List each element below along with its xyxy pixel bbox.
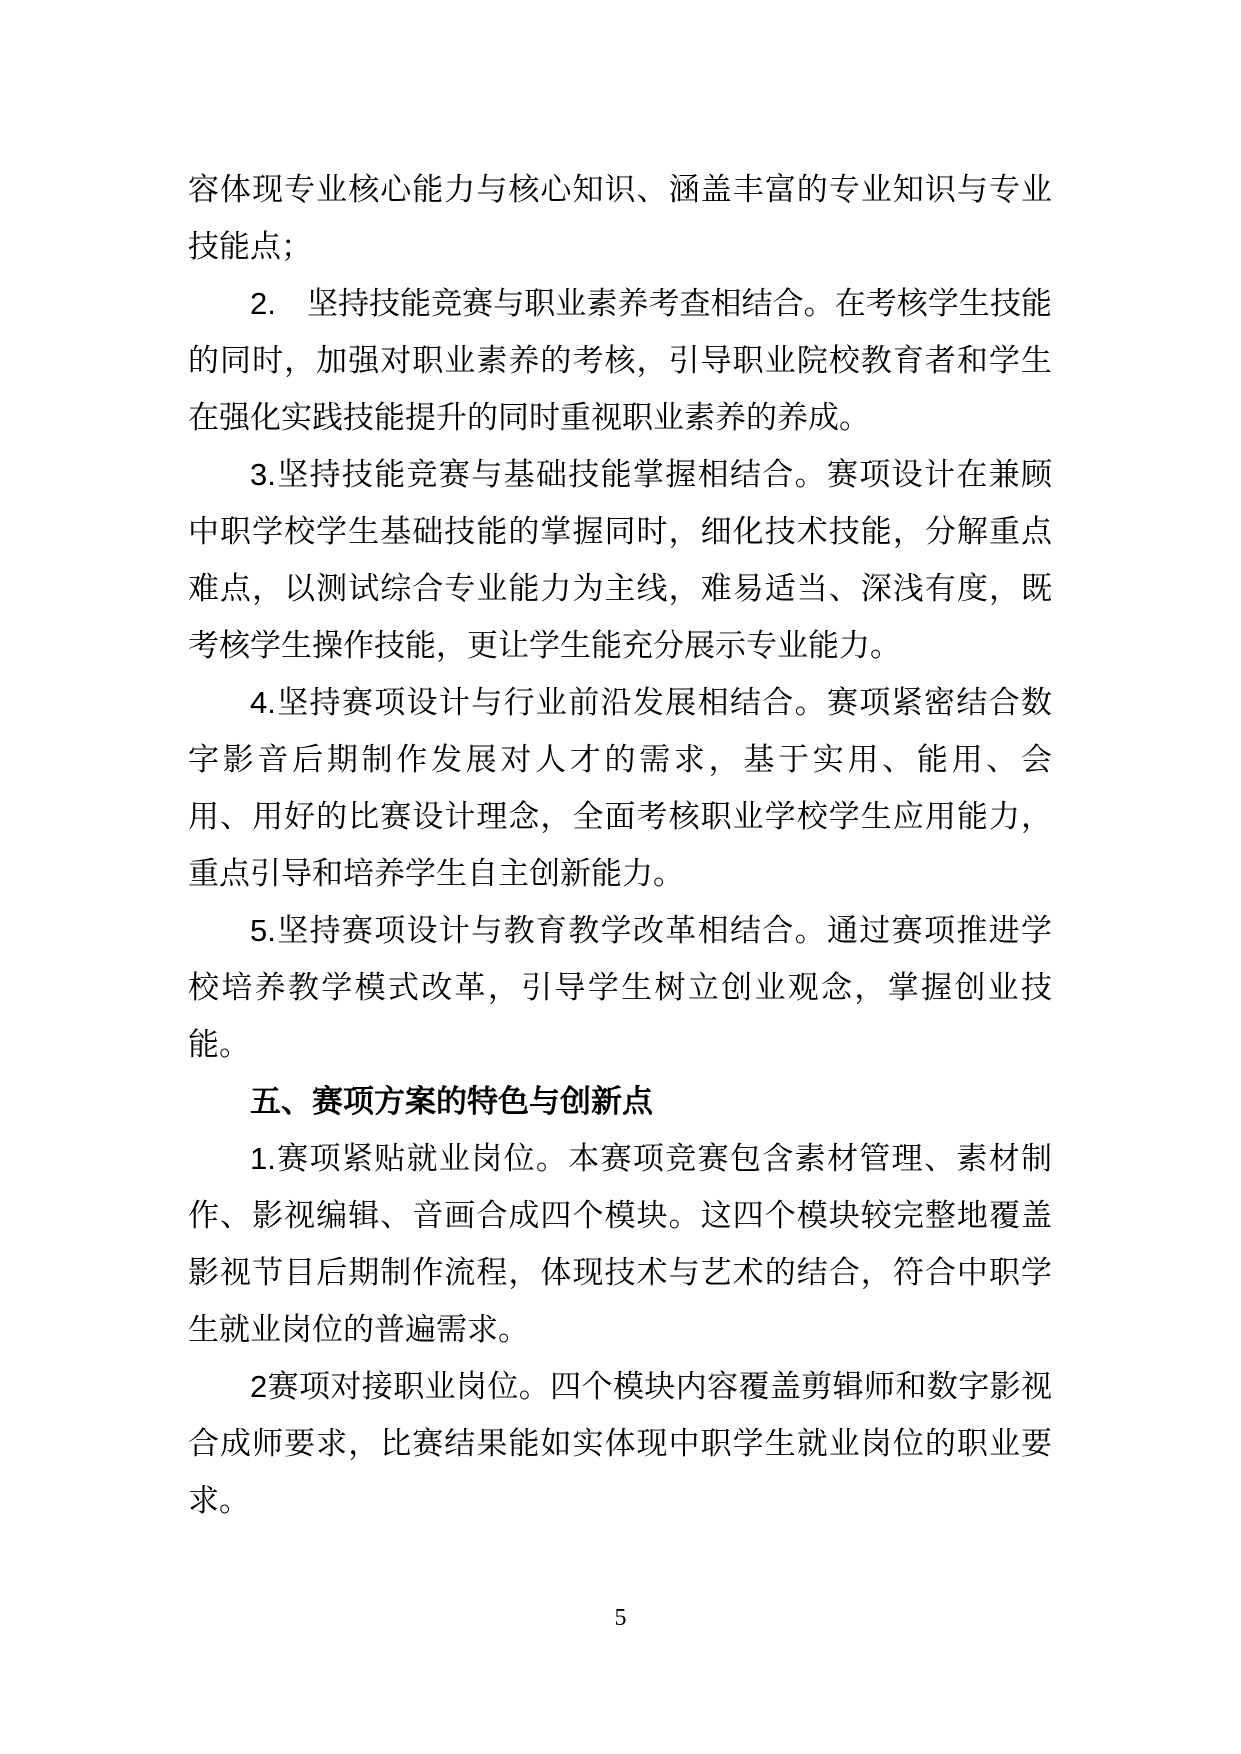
body-line: 技能点； xyxy=(188,218,1052,275)
section-heading: 五、赛项方案的特色与创新点 xyxy=(188,1073,1052,1130)
body-line: 校培养教学模式改革，引导学生树立创业观念，掌握创业技 xyxy=(188,959,1052,1016)
page-number: 5 xyxy=(0,1596,1241,1640)
body-line: 容体现专业核心能力与核心知识、涵盖丰富的专业知识与专业 xyxy=(188,161,1052,218)
body-line: 4.坚持赛项设计与行业前沿发展相结合。赛项紧密结合数 xyxy=(188,674,1052,731)
body-line: 在强化实践技能提升的同时重视职业素养的养成。 xyxy=(188,389,1052,446)
body-line: 用、用好的比赛设计理念，全面考核职业学校学生应用能力， xyxy=(188,788,1052,845)
body-line: 作、影视编辑、音画合成四个模块。这四个模块较完整地覆盖 xyxy=(188,1187,1052,1244)
body-line: 1.赛项紧贴就业岗位。本赛项竞赛包含素材管理、素材制 xyxy=(188,1130,1052,1187)
document-page: 容体现专业核心能力与核心知识、涵盖丰富的专业知识与专业 技能点； 2. 坚持技能… xyxy=(0,0,1241,1754)
body-text: 容体现专业核心能力与核心知识、涵盖丰富的专业知识与专业 技能点； 2. 坚持技能… xyxy=(188,161,1052,1529)
body-line: 生就业岗位的普遍需求。 xyxy=(188,1301,1052,1358)
body-line: 3.坚持技能竞赛与基础技能掌握相结合。赛项设计在兼顾 xyxy=(188,446,1052,503)
body-line: 的同时，加强对职业素养的考核，引导职业院校教育者和学生 xyxy=(188,332,1052,389)
body-line: 求。 xyxy=(188,1472,1052,1529)
body-line: 难点，以测试综合专业能力为主线，难易适当、深浅有度，既 xyxy=(188,560,1052,617)
body-line: 重点引导和培养学生自主创新能力。 xyxy=(188,845,1052,902)
body-line: 考核学生操作技能，更让学生能充分展示专业能力。 xyxy=(188,617,1052,674)
body-line: 合成师要求，比赛结果能如实体现中职学生就业岗位的职业要 xyxy=(188,1415,1052,1472)
body-line: 2赛项对接职业岗位。四个模块内容覆盖剪辑师和数字影视 xyxy=(188,1358,1052,1415)
body-line: 5.坚持赛项设计与教育教学改革相结合。通过赛项推进学 xyxy=(188,902,1052,959)
body-line: 字影音后期制作发展对人才的需求，基于实用、能用、会 xyxy=(188,731,1052,788)
body-line: 能。 xyxy=(188,1016,1052,1073)
body-line: 2. 坚持技能竞赛与职业素养考查相结合。在考核学生技能 xyxy=(188,275,1052,332)
body-line: 影视节目后期制作流程，体现技术与艺术的结合，符合中职学 xyxy=(188,1244,1052,1301)
body-line: 中职学校学生基础技能的掌握同时，细化技术技能，分解重点 xyxy=(188,503,1052,560)
